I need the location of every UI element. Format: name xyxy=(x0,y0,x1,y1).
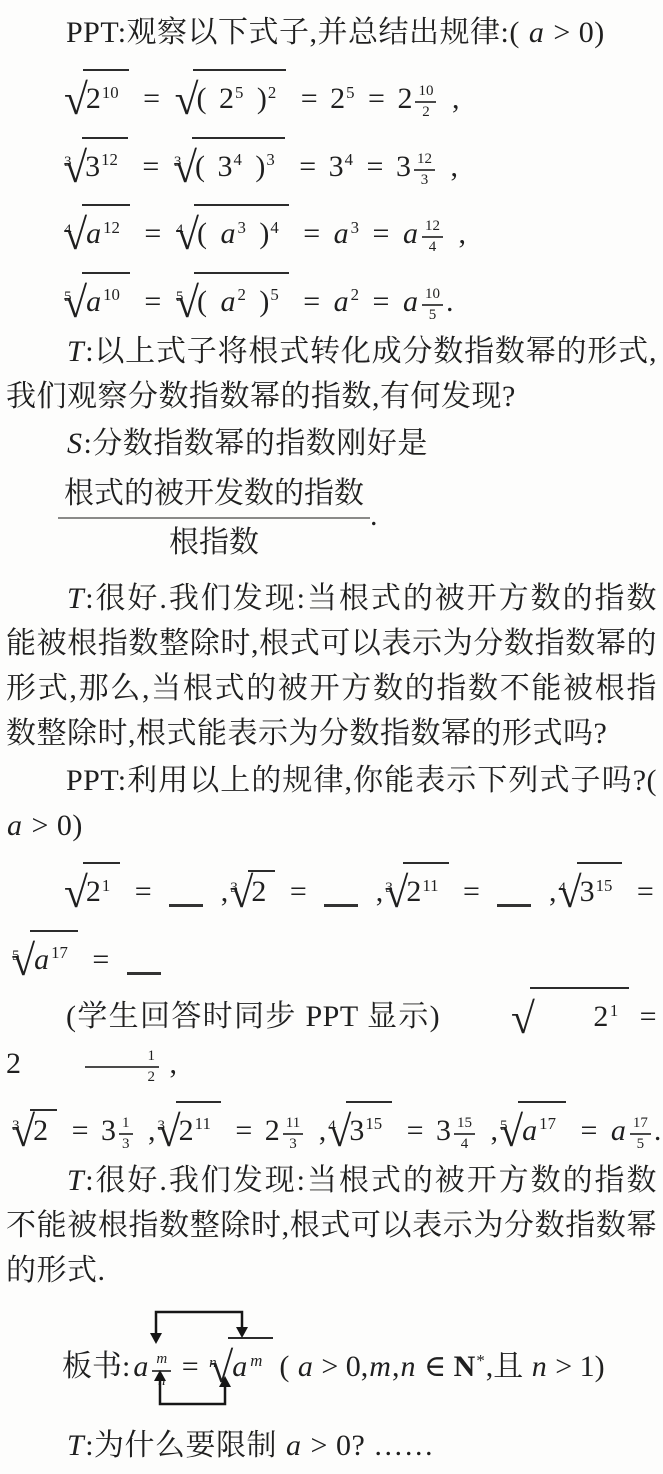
math-text: = xyxy=(80,943,122,976)
math-base: 2 xyxy=(86,82,101,115)
math-text: 15 xyxy=(365,1114,382,1133)
math-fraction: 12 xyxy=(85,1048,159,1087)
radical: 3√312 xyxy=(64,150,128,183)
math-base: 3 xyxy=(396,150,411,183)
math-variable: a xyxy=(231,1350,248,1383)
math-text: > 0) xyxy=(545,16,604,49)
math-text: > 1) xyxy=(548,1350,605,1383)
math-exponent: 154 xyxy=(454,1115,475,1154)
math-base: 3 xyxy=(217,150,232,183)
math-exponent: 124 xyxy=(422,218,443,257)
radical: 3√2 xyxy=(230,875,275,908)
math-base: ) xyxy=(247,217,270,250)
math-fraction: 175 xyxy=(630,1115,651,1154)
math-text: = xyxy=(223,1114,265,1147)
math-exponent: mn xyxy=(152,1351,171,1390)
math-text: ) xyxy=(247,285,270,318)
radical-index: 5 xyxy=(176,290,184,305)
math-text: = xyxy=(354,150,396,183)
math-text: 2 xyxy=(219,82,234,115)
math-text: :为什么要限制 xyxy=(85,1429,285,1462)
math-base: 2 xyxy=(219,82,234,115)
math-text: . xyxy=(370,499,378,532)
math-text: 10 xyxy=(103,285,120,304)
math-exponent: 175 xyxy=(630,1115,651,1154)
math-variable: a xyxy=(219,217,236,250)
fraction-expression: 根式的被开发数的指数根指数. xyxy=(58,474,657,562)
math-text: 3 xyxy=(421,172,429,188)
math-text: 5 xyxy=(270,285,278,304)
math-fraction: 124 xyxy=(422,218,443,257)
math-text: . xyxy=(446,285,454,318)
math-text: 17 xyxy=(51,943,68,962)
math-variable: a xyxy=(610,1114,627,1147)
math-text: = xyxy=(174,1350,206,1383)
math-text: 3 xyxy=(436,1114,451,1147)
math-text: :分数指数幂的指数刚好是 xyxy=(84,427,428,460)
math-text: 2 xyxy=(148,1069,156,1085)
teacher-paragraph-1: T:以上式子将根式转化成分数指数幂的形式,我们观察分数指数幂的指数,有何发现? xyxy=(6,329,657,419)
math-text: 2 xyxy=(86,82,101,115)
math-variable: a xyxy=(285,1429,303,1462)
math-text: = xyxy=(360,285,402,318)
math-text: = xyxy=(451,875,493,908)
radical-index: 4 xyxy=(64,223,72,238)
math-text: 3 xyxy=(64,154,72,170)
math-variable: n xyxy=(208,1355,218,1371)
math-text: > 0) xyxy=(24,809,83,842)
math-text: 3 xyxy=(174,154,182,170)
math-text: ,且 xyxy=(486,1350,531,1383)
math-text: = xyxy=(132,285,174,318)
math-text: = xyxy=(288,82,330,115)
radical-index: 5 xyxy=(500,1119,508,1134)
math-fraction: 154 xyxy=(454,1115,475,1154)
math-exponent: 13 xyxy=(119,1115,133,1154)
math-variable: n xyxy=(157,1373,167,1389)
math-text: 10 xyxy=(425,286,440,302)
math-text: PPT:利用以上的规律,你能表示下列式子吗?( xyxy=(66,764,657,797)
math-text: 3 xyxy=(349,1114,364,1147)
fraction-denominator: n xyxy=(152,1372,171,1390)
math-base: 3 xyxy=(85,150,100,183)
math-exponent: 12 xyxy=(100,150,119,169)
radicand: ( a2 )5 xyxy=(194,272,289,318)
math-text: , xyxy=(162,1047,178,1080)
math-text: 根式的被开发数的指数 xyxy=(64,477,364,510)
math-text: 3 xyxy=(237,218,245,237)
math-text: 1 xyxy=(148,1048,156,1064)
fraction-denominator: 4 xyxy=(422,238,443,256)
math-fraction: 123 xyxy=(414,151,435,190)
math-text: 5 xyxy=(500,1118,508,1134)
math-text: 5 xyxy=(64,289,72,305)
math-exponent: 15 xyxy=(595,876,614,895)
exercise-formula-line-2: 5√a17 = xyxy=(10,930,657,984)
math-text: , xyxy=(446,217,466,250)
math-text: = xyxy=(130,150,172,183)
math-exponent: 12 xyxy=(102,218,121,237)
math-exponent: 2 xyxy=(267,83,277,102)
math-variable: a xyxy=(219,285,236,318)
math-base: 3 xyxy=(580,875,595,908)
teacher-paragraph-3: T:很好.我们发现:当根式的被开方数的指数不能被根指数整除时,根式可以表示为分数… xyxy=(6,1158,657,1293)
radicand: ( 34 )3 xyxy=(192,137,285,183)
radicand: 21 xyxy=(83,862,120,908)
board-core-formula: amn = n√am xyxy=(130,1303,279,1421)
math-base: 3 xyxy=(101,1114,116,1147)
scanned-textbook-page: PPT:观察以下式子,并总结出规律:( a > 0) √210 = √( 25 … xyxy=(0,0,663,1474)
math-variable: a xyxy=(6,809,24,842)
math-exponent: m xyxy=(248,1351,264,1370)
radicand: ( 25 )2 xyxy=(193,69,286,115)
math-text: , xyxy=(208,875,228,908)
math-text: 3 xyxy=(580,875,595,908)
math-base: ) xyxy=(244,82,267,115)
math-text: :很好.我们发现:当根式的被开方数的指数能被根指数整除时,根式可以表示为分数指数… xyxy=(6,582,657,750)
math-base: a xyxy=(219,217,236,250)
math-text: 4 xyxy=(64,222,72,238)
radical: 5√a10 xyxy=(64,285,130,318)
radicand: 312 xyxy=(82,137,128,183)
math-text: 2 xyxy=(6,1047,22,1080)
student-paragraph: S:分数指数幂的指数刚好是 xyxy=(6,421,657,466)
radical: n√am xyxy=(208,1350,273,1383)
math-text: , xyxy=(478,1114,498,1147)
math-base: a xyxy=(610,1114,627,1147)
math-text: 3 xyxy=(101,1114,116,1147)
radical-sign: √ xyxy=(451,998,535,1042)
math-variable: a xyxy=(85,217,102,250)
math-text: 10 xyxy=(102,83,119,102)
math-text: 3 xyxy=(329,150,344,183)
math-exponent: 1 xyxy=(101,876,111,895)
math-exponent: 11 xyxy=(421,876,439,895)
fraction-numerator: 10 xyxy=(415,83,436,103)
math-base: ) xyxy=(247,285,270,318)
radical-index: 3 xyxy=(385,881,393,896)
math-text: 15 xyxy=(457,1115,472,1131)
math-text: 3 xyxy=(266,150,274,169)
fraction-numerator: m xyxy=(152,1351,171,1371)
math-text: (学生回答时同步 PPT 显示) xyxy=(66,1000,449,1033)
math-text: ( xyxy=(197,217,220,250)
radical: 5√a17 xyxy=(500,1114,566,1147)
math-fraction: mn xyxy=(152,1351,171,1390)
blank-underscore xyxy=(169,899,203,907)
radical-index: 3 xyxy=(158,1119,166,1134)
math-base: a xyxy=(231,1350,248,1383)
math-text: 4 xyxy=(176,222,184,238)
math-base: 2 xyxy=(330,82,345,115)
math-text: , xyxy=(363,875,383,908)
fraction-denominator: 2 xyxy=(415,103,436,121)
math-variable: a xyxy=(297,1350,314,1383)
math-text: 5 xyxy=(637,1136,645,1152)
math-exponent: 123 xyxy=(414,151,435,190)
math-text: 2 xyxy=(330,82,345,115)
math-text: 3 xyxy=(396,150,411,183)
math-text: 3 xyxy=(385,880,393,896)
math-text: = xyxy=(356,82,398,115)
radical: √210 xyxy=(64,82,129,115)
math-base: N xyxy=(454,1350,476,1383)
math-text: 3 xyxy=(289,1136,297,1152)
math-base: 2 xyxy=(86,875,101,908)
board-core-math: amn = n√am xyxy=(132,1350,275,1383)
math-text: 3 xyxy=(351,218,359,237)
answers-formula-line: 3√2 = 313 ,3√211 = 2113 ,4√315 = 3154 ,5… xyxy=(10,1101,657,1155)
math-text: = xyxy=(631,1000,657,1033)
fraction-numerator: 12 xyxy=(414,151,435,171)
math-text: , xyxy=(439,82,459,115)
teacher-paragraph-2: T:很好.我们发现:当根式的被开方数的指数能被根指数整除时,根式可以表示为分数指… xyxy=(6,576,657,756)
math-fraction: 113 xyxy=(283,1115,303,1154)
radicand: ( a3 )4 xyxy=(194,204,289,250)
math-base: 2 xyxy=(6,1047,22,1080)
fraction-denominator: 3 xyxy=(414,171,435,189)
math-text: 1 xyxy=(102,876,110,895)
math-text: . xyxy=(654,1114,662,1147)
math-text: 板书: xyxy=(62,1350,130,1383)
fraction-denominator: 2 xyxy=(85,1068,159,1086)
math-text: 4 xyxy=(345,150,353,169)
math-exponent: 10 xyxy=(101,83,120,102)
example-formula-2: 3√312 = 3√( 34 )3 = 34 = 3123 , xyxy=(62,137,657,191)
board-conditions: ( a > 0,m,n ∈ N*,且 n > 1) xyxy=(279,1350,604,1383)
radical-index: 5 xyxy=(64,290,72,305)
math-variable: n xyxy=(399,1350,416,1383)
math-text: 2 xyxy=(397,82,412,115)
math-exponent: 105 xyxy=(422,286,443,325)
math-base: 3 xyxy=(436,1114,451,1147)
math-base: a xyxy=(402,285,419,318)
math-variable: m xyxy=(249,1351,263,1370)
math-text: = xyxy=(287,150,329,183)
math-exponent: 3 xyxy=(350,218,360,237)
math-exponent: 12 xyxy=(25,1048,159,1087)
math-exponent: 5 xyxy=(234,83,244,102)
radicand: am xyxy=(228,1337,273,1383)
math-fraction: 102 xyxy=(415,83,436,122)
math-base: a xyxy=(132,1350,149,1383)
math-text: 2 xyxy=(265,1114,280,1147)
math-text: 2 xyxy=(179,1114,194,1147)
blank-underscore xyxy=(497,899,531,907)
math-text: 17 xyxy=(633,1115,648,1131)
radical: 4√( a3 )4 xyxy=(176,217,289,250)
math-variable: m xyxy=(155,1351,168,1367)
math-variable: a xyxy=(402,285,419,318)
fraction-numerator: 12 xyxy=(422,218,443,238)
radicand: 21 xyxy=(530,987,628,1033)
math-text: ( xyxy=(195,150,218,183)
math-text: :以上式子将根式转化成分数指数幂的形式,我们观察分数指数幂的指数,有何发现? xyxy=(6,335,657,413)
math-bold-symbol: N xyxy=(454,1350,476,1383)
fraction-denominator: 根指数 xyxy=(58,519,370,562)
radical: 4√315 xyxy=(558,875,622,908)
radical-index: 5 xyxy=(12,949,20,964)
math-exponent: 4 xyxy=(269,218,279,237)
fraction-numerator: 17 xyxy=(630,1115,651,1135)
exercise-formula-line-1: √21 = ,3√2 = ,3√211 = ,4√315 = , xyxy=(62,862,657,916)
math-text: 11 xyxy=(195,1114,211,1133)
math-text: ) xyxy=(244,82,267,115)
math-text: 12 xyxy=(417,151,432,167)
math-fraction: 根式的被开发数的指数根指数 xyxy=(58,474,370,562)
example-formula-4: 5√a10 = 5√( a2 )5 = a2 = a105. xyxy=(62,272,657,326)
fraction-denominator: 5 xyxy=(630,1135,651,1153)
math-text: 3 xyxy=(122,1136,130,1152)
math-exponent: 3 xyxy=(236,218,246,237)
student-answer-intro: (学生回答时同步 PPT 显示) √21 = 212 , xyxy=(6,987,657,1086)
radical: 3√2 xyxy=(12,1114,57,1147)
fraction-denominator: 4 xyxy=(454,1135,475,1153)
math-exponent: 3 xyxy=(265,150,275,169)
math-variable: a xyxy=(528,16,546,49)
radical: 4√315 xyxy=(328,1114,392,1147)
example-formula-3: 4√a12 = 4√( a3 )4 = a3 = a124 , xyxy=(62,204,657,258)
math-base: 3 xyxy=(349,1114,364,1147)
radical-index: 3 xyxy=(12,1119,20,1134)
radical-index: n xyxy=(208,1356,218,1371)
math-text: = xyxy=(568,1114,610,1147)
math-text: 1 xyxy=(610,1001,619,1020)
math-variable: n xyxy=(531,1350,548,1383)
math-exponent: 10 xyxy=(102,285,121,304)
math-base: 2 xyxy=(397,82,412,115)
math-base: 2 xyxy=(265,1114,280,1147)
math-text: 1 xyxy=(122,1115,130,1131)
math-text: , xyxy=(438,150,458,183)
radical: 5√a17 xyxy=(12,943,78,976)
math-text: 根指数 xyxy=(169,526,259,559)
math-text: = xyxy=(291,217,333,250)
math-exponent: 1 xyxy=(609,1001,620,1020)
example-formula-1: √210 = √( 25 )2 = 25 = 2102 , xyxy=(62,69,657,123)
math-exponent: 113 xyxy=(283,1115,303,1154)
blank-underscore xyxy=(324,899,358,907)
math-base: a xyxy=(521,1114,538,1147)
math-exponent: 102 xyxy=(415,83,436,122)
math-text: 3 xyxy=(230,880,238,896)
math-text: 17 xyxy=(539,1114,556,1133)
radical: 3√211 xyxy=(385,875,448,908)
math-text: 2 xyxy=(406,875,421,908)
radicand: a17 xyxy=(30,930,78,976)
math-text: 5 xyxy=(429,307,437,323)
radical-index: 3 xyxy=(64,155,72,170)
math-text: > 0, xyxy=(314,1350,368,1383)
math-variable: a xyxy=(402,217,419,250)
radical-index: 4 xyxy=(176,223,184,238)
math-text: 3 xyxy=(85,150,100,183)
math-exponent: 5 xyxy=(345,83,355,102)
radicand: 2 xyxy=(248,870,275,908)
math-variable: a xyxy=(33,943,50,976)
math-exponent: 4 xyxy=(232,150,242,169)
math-base: 2 xyxy=(406,875,421,908)
math-variable: a xyxy=(132,1350,149,1383)
radical: √( 25 )2 xyxy=(175,82,287,115)
math-base: a xyxy=(85,217,102,250)
board-writing-line: 板书:amn = n√am( a > 0,m,n ∈ N*,且 n > 1) xyxy=(62,1303,657,1421)
fraction-numerator: 15 xyxy=(454,1115,475,1135)
fraction-denominator: 3 xyxy=(119,1135,133,1153)
math-fraction: 105 xyxy=(422,286,443,325)
radicand: 211 xyxy=(403,862,448,908)
math-text: 2 xyxy=(251,875,266,908)
math-variable: m xyxy=(368,1350,392,1383)
math-exponent: * xyxy=(475,1351,485,1370)
math-text: = xyxy=(624,875,663,908)
math-text: = xyxy=(291,285,333,318)
math-variable: T xyxy=(66,1164,85,1197)
radical: 3√( 34 )3 xyxy=(174,150,285,183)
math-text: 2 xyxy=(422,104,430,120)
math-text: ) xyxy=(243,150,266,183)
math-text: 11 xyxy=(422,876,438,895)
radical: √21 xyxy=(451,1000,629,1033)
math-variable: T xyxy=(66,582,85,615)
radicand: a12 xyxy=(82,204,130,250)
math-text: 3 xyxy=(217,150,232,183)
math-text: , xyxy=(536,875,556,908)
math-base: a xyxy=(33,943,50,976)
radical-index: 4 xyxy=(558,881,566,896)
math-text: > 0? …… xyxy=(303,1429,435,1462)
board-label: 板书: xyxy=(62,1350,130,1383)
math-exponent: 15 xyxy=(364,1114,383,1133)
math-text: ( xyxy=(197,285,220,318)
math-text: 5 xyxy=(12,948,20,964)
math-text: 4 xyxy=(558,880,566,896)
math-text: 2 xyxy=(33,1114,48,1147)
math-text: 11 xyxy=(286,1115,300,1131)
math-text: :很好.我们发现:当根式的被开方数的指数不能被根指数整除时,根式可以表示为分数指… xyxy=(6,1164,657,1287)
math-base: a xyxy=(333,217,350,250)
math-base: a xyxy=(219,285,236,318)
fraction-numerator: 根式的被开发数的指数 xyxy=(58,474,370,519)
math-text: = xyxy=(59,1114,101,1147)
math-text: 4 xyxy=(270,218,278,237)
math-text: 2 xyxy=(86,875,101,908)
math-fraction: 13 xyxy=(119,1115,133,1154)
math-text: 2 xyxy=(593,1000,609,1033)
math-text: PPT:观察以下式子,并总结出规律:( xyxy=(66,16,528,49)
radicand: 315 xyxy=(577,862,623,908)
math-text: , xyxy=(306,1114,326,1147)
radical-index: 3 xyxy=(174,155,182,170)
math-text: 4 xyxy=(233,150,241,169)
math-text: = xyxy=(132,217,174,250)
math-exponent: 17 xyxy=(538,1114,557,1133)
math-base: 2 xyxy=(179,1114,194,1147)
math-variable: S xyxy=(66,427,84,460)
math-variable: T xyxy=(66,1429,85,1462)
math-text: = xyxy=(131,82,173,115)
ppt-exercise-paragraph: PPT:利用以上的规律,你能表示下列式子吗?( a > 0) xyxy=(6,758,657,848)
math-text: 4 xyxy=(429,239,437,255)
math-text: 2 xyxy=(237,285,245,304)
fraction-denominator: 3 xyxy=(283,1135,303,1153)
math-variable: a xyxy=(333,217,350,250)
math-text: 12 xyxy=(425,218,440,234)
math-variable: a xyxy=(85,285,102,318)
math-text: ( xyxy=(279,1350,297,1383)
math-text: 12 xyxy=(103,218,120,237)
math-base: 2 xyxy=(593,1000,609,1033)
